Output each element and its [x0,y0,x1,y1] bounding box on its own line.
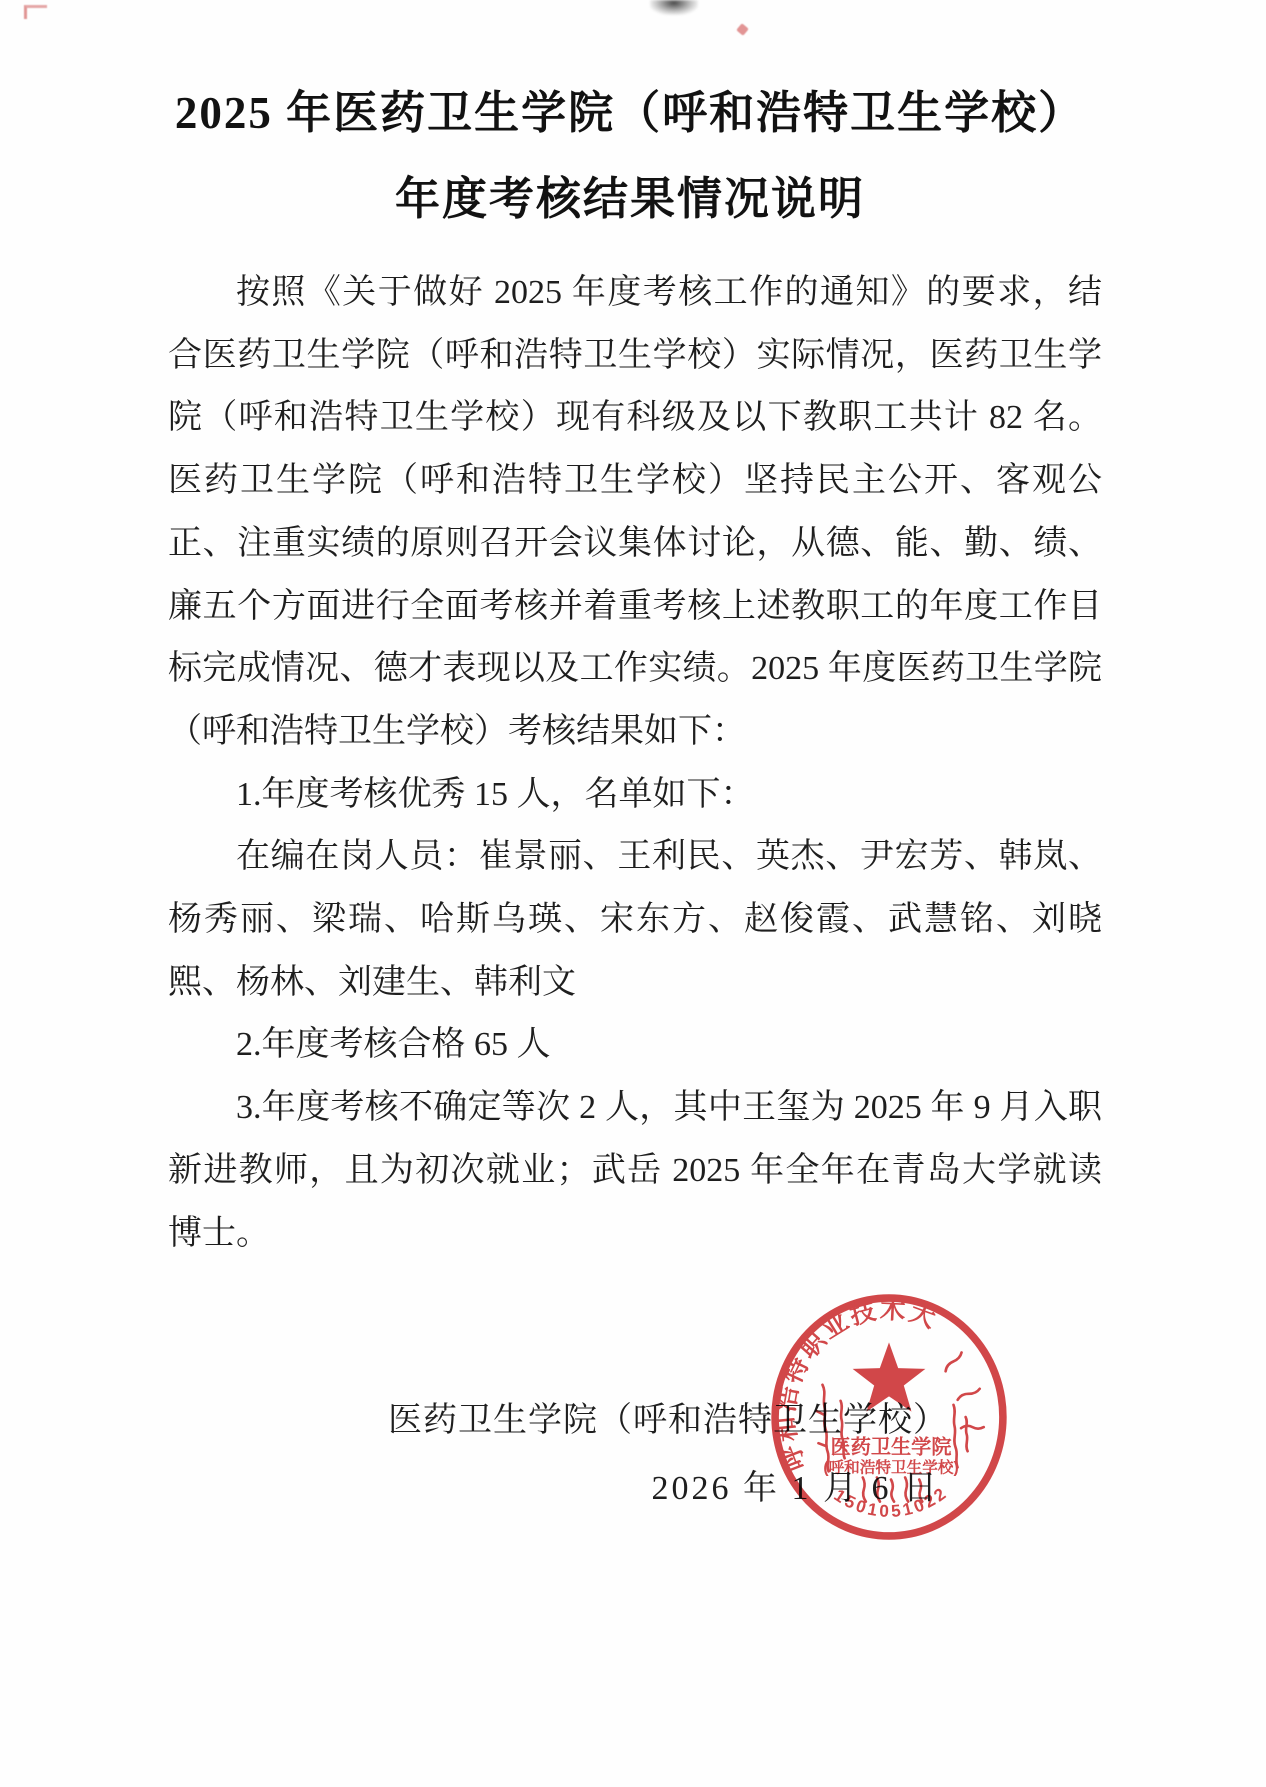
paragraph-name-list: 在编在岗人员：崔景丽、王利民、英杰、尹宏芳、韩岚、杨秀丽、梁瑞、哈斯乌瑛、宋东方… [168,826,1102,1014]
document-body: 按照《关于做好 2025 年度考核工作的通知》的要求，结合医药卫生学院（呼和浩特… [168,262,1102,1265]
scan-smudge-artifact [650,0,698,15]
document-title-line2: 年度考核结果情况说明 [150,162,1110,227]
paragraph-intro: 按照《关于做好 2025 年度考核工作的通知》的要求，结合医药卫生学院（呼和浩特… [168,262,1102,764]
paragraph-undetermined: 3.年度考核不确定等次 2 人，其中王玺为 2025 年 9 月入职新进教师，且… [168,1077,1102,1265]
document-title-line1: 2025 年医药卫生学院（呼和浩特卫生学校） [150,76,1110,141]
scan-red-dot-artifact [736,23,749,36]
scan-red-mark-artifact [24,5,47,19]
seal-star-icon [853,1342,926,1411]
document-page: 2025 年医药卫生学院（呼和浩特卫生学校） 年度考核结果情况说明 按照《关于做… [0,0,1266,1787]
official-seal: 呼和浩特职业技术大学 医药卫生学院 (呼和浩特卫生学校) 15010510222… [766,1292,1012,1544]
seal-org-line1: 医药卫生学院 [831,1434,953,1458]
seal-org-line2: (呼和浩特卫生学校) [823,1457,958,1476]
paragraph-excellent-count: 1.年度考核优秀 15 人，名单如下： [168,764,1102,827]
paragraph-qualified-count: 2.年度考核合格 65 人 [168,1014,1102,1077]
